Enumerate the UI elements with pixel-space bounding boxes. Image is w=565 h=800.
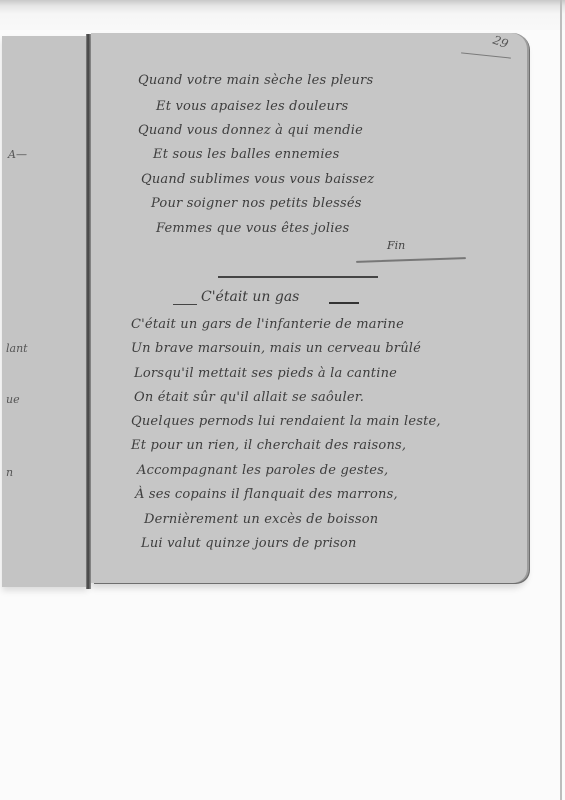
left-page-fragment: ue <box>6 393 20 406</box>
page-number: 29 <box>491 33 510 51</box>
poem-line: Dernièrement un excès de boisson <box>144 512 378 527</box>
right-page: 29 Quand votre main sèche les pleurs Et … <box>91 33 527 583</box>
poem-line: Accompagnant les paroles de gestes, <box>137 463 388 478</box>
title-dash <box>329 302 359 304</box>
poem-line: Pour soigner nos petits blessés <box>151 196 362 211</box>
left-page-fragment: A— <box>8 148 27 161</box>
poem-line: À ses copains il flanquait des marrons, <box>135 487 398 502</box>
poem-line: Lui valut quinze jours de prison <box>141 536 357 551</box>
scan-edge-line <box>560 0 562 800</box>
left-page: A— lant ue n <box>2 36 88 587</box>
poem-line: Quelques pernods lui rendaient la main l… <box>131 414 441 429</box>
signature: Fin <box>387 239 405 252</box>
title-dash <box>173 304 197 305</box>
poem-line: Femmes que vous êtes jolies <box>156 221 349 236</box>
poem-line: Et pour un rien, il cherchait des raison… <box>131 438 406 453</box>
poem-line: C'était un gars de l'infanterie de marin… <box>131 317 404 332</box>
poem-title: C'était un gas <box>201 289 299 305</box>
signature-flourish <box>356 257 466 263</box>
corner-pencil-mark <box>461 52 511 58</box>
poem-line: Et vous apaisez les douleurs <box>156 99 348 114</box>
poem-line: Lorsqu'il mettait ses pieds à la cantine <box>134 366 397 381</box>
left-page-fragment: lant <box>6 342 28 355</box>
poem-line: On était sûr qu'il allait se saôuler. <box>134 390 364 405</box>
poem-line: Un brave marsouin, mais un cerveau brûlé <box>131 341 421 356</box>
poem-line: Et sous les balles ennemies <box>153 147 339 162</box>
scan-top-shadow <box>0 0 565 30</box>
poem-line: Quand sublimes vous vous baissez <box>141 172 374 187</box>
poem-line: Quand votre main sèche les pleurs <box>138 73 373 88</box>
left-page-fragment: n <box>6 466 13 479</box>
poem-line: Quand vous donnez à qui mendie <box>138 123 363 138</box>
section-divider <box>218 276 378 278</box>
